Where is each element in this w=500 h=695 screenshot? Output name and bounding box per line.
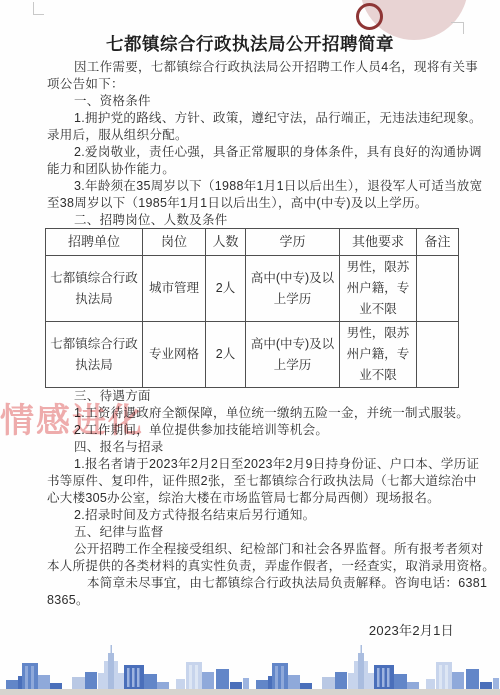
table-header-unit: 招聘单位 [46,229,143,256]
section-heading-benefits: 三、待遇方面 [47,388,462,405]
cell-education: 高中(中专)及以上学历 [246,322,340,388]
section-heading-registration: 四、报名与招录 [47,439,462,456]
page-title: 七都镇综合行政执法局公开招聘简章 [0,31,500,56]
terms-and-procedures-text: 三、待遇方面 1.工资待遇政府全额保障，单位统一缴纳五险一金，并统一制式服装。 … [47,388,462,609]
paragraph-line: 1.报名者请于2023年2月2日至2023年2月9日持身份证、户口本、学历证 [47,456,462,473]
paragraph-line: 2.爱岗敬业，责任心强，具备正常履职的身体条件，具有良好的沟通协调 [47,144,462,161]
table-row: 七都镇综合行政执法局 专业网格 2人 高中(中专)及以上学历 男性，限苏州户籍，… [46,322,459,388]
paragraph-line: 1.工资待遇政府全额保障，单位统一缴纳五险一金，并统一制式服装。 [47,405,462,422]
table-header-note: 备注 [417,229,459,256]
cell-post: 城市管理 [143,256,206,322]
paragraph-line: 3.年龄须在35周岁以下（1988年1月1日以后出生），退役军人可适当放宽 [47,178,462,195]
cell-note [417,322,459,388]
red-ring-mark-icon [356,3,383,30]
cell-unit: 七都镇综合行政执法局 [46,256,143,322]
paragraph-line: 公开招聘工作全程接受组织、纪检部门和社会各界监督。所有报考者须对 [47,541,462,558]
paragraph-line: 2.招录时间及方式待报名结束后另行通知。 [47,507,462,524]
document-page: 七都镇综合行政执法局公开招聘简章 因工作需要，七都镇综合行政执法局公开招聘工作人… [0,0,500,695]
cell-note [417,256,459,322]
cell-count: 2人 [206,322,246,388]
paragraph-line: 录用后，服从组织分配。 [47,127,462,144]
section-heading-positions: 二、招聘岗位、人数及条件 [47,212,462,229]
cell-education: 高中(中专)及以上学历 [246,256,340,322]
city-skyline-illustration [0,641,500,689]
cell-unit: 七都镇综合行政执法局 [46,322,143,388]
paragraph-line: 项公告如下： [47,76,462,93]
paragraph-line: 8365。 [47,592,462,609]
table-row: 七都镇综合行政执法局 城市管理 2人 高中(中专)及以上学历 男性，限苏州户籍，… [46,256,459,322]
cell-other: 男性，限苏州户籍，专业不限 [340,256,417,322]
paragraph-line: 心大楼305办公室，综治大楼在市场监管局七都分局西侧）现场报名。 [47,490,462,507]
table-header-education: 学历 [246,229,340,256]
section-heading-qualifications: 一、资格条件 [47,93,462,110]
table-header-post: 岗位 [143,229,206,256]
recruitment-table: 招聘单位 岗位 人数 学历 其他要求 备注 七都镇综合行政执法局 城市管理 2人… [45,228,459,388]
cell-count: 2人 [206,256,246,322]
intro-and-qualifications-text: 因工作需要，七都镇综合行政执法局公开招聘工作人员4名，现将有关事 项公告如下： … [47,59,462,229]
paragraph-line: 本人所提供的各类材料的真实性负责，弄虚作假者，一经查实，取消录用资格。 [47,558,462,575]
paragraph-line: 2.工作期间，单位提供参加技能培训等机会。 [47,422,462,439]
paragraph-line: 至38周岁以下（1985年1月1日以后出生），高中(中专)及以上学历。 [47,195,462,212]
table-header-count: 人数 [206,229,246,256]
table-header-row: 招聘单位 岗位 人数 学历 其他要求 备注 [46,229,459,256]
footer-bar [0,689,500,695]
paragraph-line: 因工作需要，七都镇综合行政执法局公开招聘工作人员4名，现将有关事 [47,59,462,76]
cell-post: 专业网格 [143,322,206,388]
paragraph-line: 能力和团队协作能力。 [47,161,462,178]
paragraph-line: 1.拥护党的路线、方针、政策，遵纪守法，品行端正，无违法违纪现象。 [47,110,462,127]
cell-other: 男性，限苏州户籍，专业不限 [340,322,417,388]
paragraph-line: 书等原件、复印件，证件照2张，至七都镇综合行政执法局（七都大道综治中 [47,473,462,490]
paragraph-line: 本简章未尽事宜，由七都镇综合行政执法局负责解释。咨询电话：6381 [47,575,462,592]
table-header-other: 其他要求 [340,229,417,256]
document-date: 2023年2月1日 [369,620,454,639]
page-corner-mark-top-left [33,2,44,15]
section-heading-discipline: 五、纪律与监督 [47,524,462,541]
